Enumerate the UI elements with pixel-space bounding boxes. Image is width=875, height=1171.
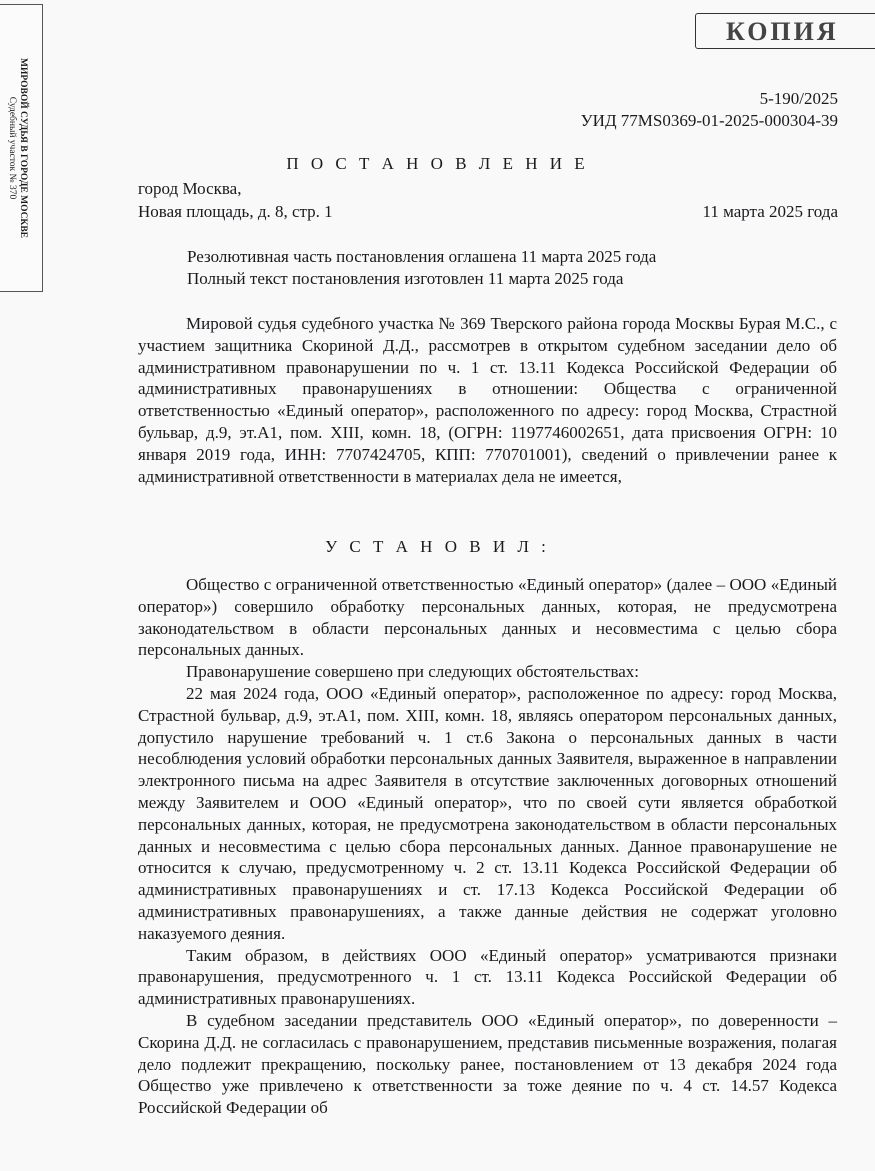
document-title: П О С Т А Н О В Л Е Н И Е — [0, 154, 875, 174]
copy-mark: КОПИЯ — [695, 13, 875, 49]
case-uid: УИД 77MS0369-01-2025-000304-39 — [581, 110, 838, 132]
section-heading: У С Т А Н О В И Л : — [0, 537, 875, 557]
full-text-made: Полный текст постановления изготовлен 11… — [187, 268, 623, 290]
case-identifiers: 5-190/2025 УИД 77MS0369-01-2025-000304-3… — [581, 88, 838, 132]
place-city: город Москва, — [138, 178, 241, 200]
case-number: 5-190/2025 — [581, 88, 838, 110]
court-stamp: МИРОВОЙ СУДЬЯ В ГОРОДЕ МОСКВЕ Судебный у… — [0, 4, 43, 292]
body-text: Общество с ограниченной ответственностью… — [138, 574, 837, 1119]
intro-text: Мировой судья судебного участка № 369 Тв… — [138, 313, 837, 487]
stamp-line-court: МИРОВОЙ СУДЬЯ В ГОРОДЕ МОСКВЕ — [17, 13, 28, 283]
stamp-line-district: Судебный участок № 370 — [6, 13, 17, 283]
body-paragraph: Общество с ограниченной ответственностью… — [138, 574, 837, 661]
document-date: 11 марта 2025 года — [702, 201, 838, 223]
body-paragraph: 22 мая 2024 года, ООО «Единый оператор»,… — [138, 683, 837, 945]
body-paragraph: В судебном заседании представитель ООО «… — [138, 1010, 837, 1119]
place-address: Новая площадь, д. 8, стр. 1 — [138, 201, 333, 223]
intro-paragraph: Мировой судья судебного участка № 369 Тв… — [138, 313, 837, 487]
resolution-announced: Резолютивная часть постановления оглашен… — [187, 246, 656, 268]
body-paragraph: Таким образом, в действиях ООО «Единый о… — [138, 945, 837, 1010]
body-paragraph: Правонарушение совершено при следующих о… — [138, 661, 837, 683]
